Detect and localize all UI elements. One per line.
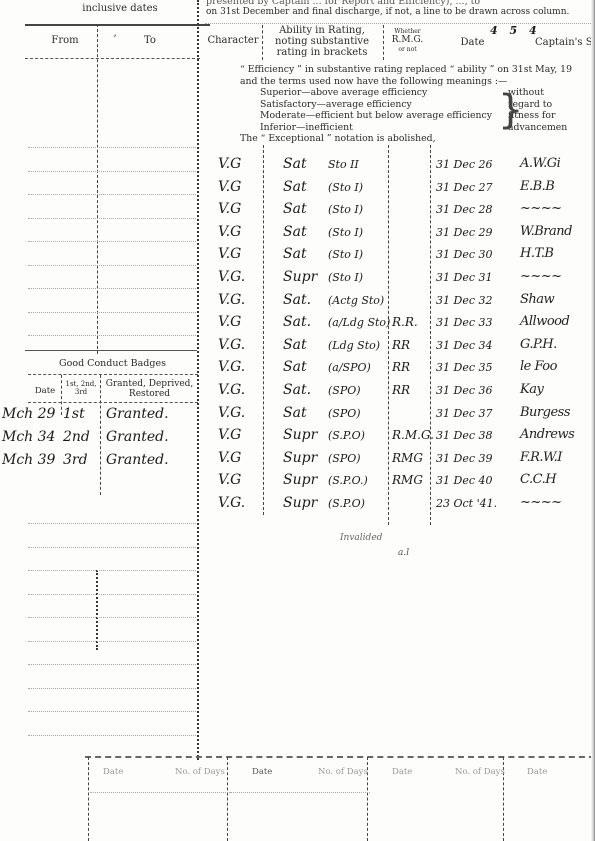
- record-rmg: RR: [392, 360, 410, 374]
- record-signature: W.Brand: [520, 224, 572, 239]
- badges-col-status: Granted, Deprived, Restored: [102, 379, 197, 399]
- footer-label: No. of Days: [175, 767, 225, 778]
- record-row: V.GSupr(SPO)RMG31 Dec 39F.R.W.I: [0, 450, 595, 473]
- record-ability: Supr: [283, 427, 317, 443]
- initials-mark: a.l: [398, 548, 409, 558]
- record-ability: Sat: [283, 405, 307, 421]
- footer-label: No. of Days: [318, 767, 368, 778]
- record-ability: Sat.: [283, 314, 311, 330]
- badge-date: Mch 39: [2, 452, 55, 468]
- record-rating: (Ldg Sto): [328, 339, 380, 352]
- record-character: V.G: [218, 314, 241, 330]
- record-date: 31 Dec 33: [436, 316, 492, 329]
- record-signature: E.B.B: [520, 179, 554, 194]
- record-rating: (a/Ldg Sto): [328, 316, 390, 329]
- date-note: 4 5 4: [490, 24, 541, 37]
- record-ability: Sat: [283, 337, 307, 353]
- record-signature: Shaw: [520, 292, 554, 307]
- record-row: V.GSatSto II31 Dec 26A.W.Gi: [0, 156, 595, 179]
- record-character: V.G: [218, 201, 241, 217]
- record-row: V.GSat(Sto I)31 Dec 27E.B.B: [0, 179, 595, 202]
- record-date: 31 Dec 29: [436, 226, 492, 239]
- footer-label: Date: [527, 767, 547, 778]
- record-signature: A.W.Gi: [520, 156, 560, 171]
- record-rmg: R.R.: [392, 315, 418, 329]
- footer-label: No. of Days: [455, 767, 505, 778]
- badges-col-number: 1st, 2nd, 3rd: [62, 380, 100, 396]
- record-row: V.G.Supr(S.P.O)23 Oct '41.~~~~: [0, 495, 595, 518]
- record-ability: Sat: [283, 246, 307, 262]
- record-character: V.G.: [218, 382, 245, 398]
- record-rating: (Actg Sto): [328, 294, 384, 307]
- record-character: V.G: [218, 472, 241, 488]
- record-signature: Andrews: [520, 427, 574, 442]
- badge-number: 1st: [63, 406, 85, 422]
- record-date: 31 Dec 32: [436, 294, 492, 307]
- col-captain-header: Captain's S: [535, 37, 595, 48]
- record-rating: (SPO): [328, 452, 361, 465]
- record-character: V.G: [218, 224, 241, 240]
- invalided-note: Invalided: [340, 533, 382, 543]
- record-ability: Supr: [283, 450, 317, 466]
- col-to-mark: ’: [110, 34, 120, 45]
- record-signature: Allwood: [520, 314, 569, 329]
- record-character: V.G: [218, 450, 241, 466]
- record-row: V.GSat(Sto I)31 Dec 29W.Brand: [0, 224, 595, 247]
- record-date: 31 Dec 31: [436, 271, 492, 284]
- record-character: V.G.: [218, 405, 245, 421]
- record-date: 23 Oct '41.: [436, 497, 497, 510]
- footer-label: Date: [252, 767, 272, 778]
- record-ability: Sat.: [283, 292, 311, 308]
- record-rating: (a/SPO): [328, 361, 371, 374]
- record-ability: Sat: [283, 359, 307, 375]
- record-rating: (Sto I): [328, 248, 363, 261]
- record-row: V.G.Sat(Ldg Sto)RR31 Dec 34G.P.H.: [0, 337, 595, 360]
- col-rmg-bottom: or not: [385, 47, 430, 53]
- record-rmg: RR: [392, 383, 410, 397]
- record-character: V.G.: [218, 359, 245, 375]
- badges-col-date: Date: [30, 386, 60, 397]
- record-ability: Sat: [283, 224, 307, 240]
- record-ability: Supr: [283, 495, 317, 511]
- record-signature: H.T.B: [520, 246, 553, 261]
- record-rating: (Sto I): [328, 203, 363, 216]
- record-date: 31 Dec 26: [436, 158, 492, 171]
- record-date: 31 Dec 28: [436, 203, 492, 216]
- record-rating: (SPO): [328, 384, 361, 397]
- record-signature: ~~~~: [520, 201, 562, 216]
- record-character: V.G.: [218, 292, 245, 308]
- badge-status: Granted.: [106, 452, 169, 468]
- record-character: V.G: [218, 246, 241, 262]
- record-signature: ~~~~: [520, 269, 562, 284]
- record-rating: (S.P.O): [328, 497, 365, 510]
- record-row: V.GSat(Sto I)31 Dec 30H.T.B: [0, 246, 595, 269]
- record-rating: (Sto I): [328, 271, 363, 284]
- footer-label: Date: [392, 767, 412, 778]
- record-ability: Sat.: [283, 382, 311, 398]
- record-date: 31 Dec 35: [436, 361, 492, 374]
- footer-label: Date: [103, 767, 123, 778]
- badge-date: Mch 34: [2, 429, 55, 445]
- record-rating: (Sto I): [328, 181, 363, 194]
- record-row: V.G.Supr(Sto I)31 Dec 31~~~~: [0, 269, 595, 292]
- record-date: 31 Dec 40: [436, 474, 492, 487]
- col-date-header: Date: [450, 37, 495, 48]
- record-row: V.G.Sat.(Actg Sto)31 Dec 32Shaw: [0, 292, 595, 315]
- record-ability: Supr: [283, 269, 317, 285]
- record-rating: (SPO): [328, 407, 361, 420]
- badge-number: 3rd: [63, 452, 88, 468]
- record-rmg: RMG: [392, 451, 423, 465]
- badge-date: Mch 29: [2, 406, 55, 422]
- record-row: V.GSat.(a/Ldg Sto)R.R.31 Dec 33Allwood: [0, 314, 595, 337]
- record-character: V.G: [218, 179, 241, 195]
- badge-status: Granted.: [106, 429, 169, 445]
- efficiency-note: “ Efficiency ” in substantive rating rep…: [240, 64, 595, 145]
- col-from-header: From: [35, 35, 95, 46]
- record-rating: (S.P.O.): [328, 474, 368, 487]
- record-date: 31 Dec 34: [436, 339, 492, 352]
- record-date: 31 Dec 30: [436, 248, 492, 261]
- record-ability: Sat: [283, 179, 307, 195]
- record-character: V.G: [218, 427, 241, 443]
- badge-number: 2nd: [63, 429, 90, 445]
- record-row: V.GSupr(S.P.O.)RMG31 Dec 40C.C.H: [0, 472, 595, 495]
- record-signature: ~~~~: [520, 495, 562, 510]
- record-date: 31 Dec 36: [436, 384, 492, 397]
- record-rating: Sto II: [328, 158, 359, 171]
- record-date: 31 Dec 37: [436, 407, 492, 420]
- record-rmg: RR: [392, 338, 410, 352]
- badges-title: Good Conduct Badges: [30, 358, 195, 369]
- record-character: V.G: [218, 156, 241, 172]
- record-signature: Kay: [520, 382, 543, 397]
- record-rating: (S.P.O): [328, 429, 365, 442]
- record-ability: Sat: [283, 156, 307, 172]
- record-signature: le Foo: [520, 359, 557, 374]
- record-date: 31 Dec 38: [436, 429, 492, 442]
- record-date: 31 Dec 39: [436, 452, 492, 465]
- record-character: V.G.: [218, 269, 245, 285]
- record-row: V.GSat(Sto I)31 Dec 28~~~~: [0, 201, 595, 224]
- page-edge: [591, 0, 595, 841]
- record-character: V.G.: [218, 337, 245, 353]
- record-signature: G.P.H.: [520, 337, 557, 352]
- record-rmg: RMG: [392, 473, 423, 487]
- record-row: V.G.Sat(SPO)31 Dec 37Burgess: [0, 405, 595, 428]
- record-character: V.G.: [218, 495, 245, 511]
- col-to-header: To: [130, 35, 170, 46]
- instruction-line-2: on 31st December and final discharge, if…: [206, 7, 595, 19]
- col-ability-header: Ability in Rating, noting substantive ra…: [262, 25, 382, 58]
- record-ability: Supr: [283, 472, 317, 488]
- col-rmg-header: R.M.G.: [385, 35, 430, 46]
- record-signature: C.C.H: [520, 472, 556, 487]
- record-signature: F.R.W.I: [520, 450, 562, 465]
- inclusive-dates-heading: inclusive dates: [60, 3, 180, 14]
- record-rating: (Sto I): [328, 226, 363, 239]
- record-signature: Burgess: [520, 405, 570, 420]
- record-ability: Sat: [283, 201, 307, 217]
- col-character-header: Character: [202, 35, 264, 46]
- record-rmg: R.M.G.: [392, 428, 434, 442]
- badge-status: Granted.: [106, 406, 169, 422]
- record-date: 31 Dec 27: [436, 181, 492, 194]
